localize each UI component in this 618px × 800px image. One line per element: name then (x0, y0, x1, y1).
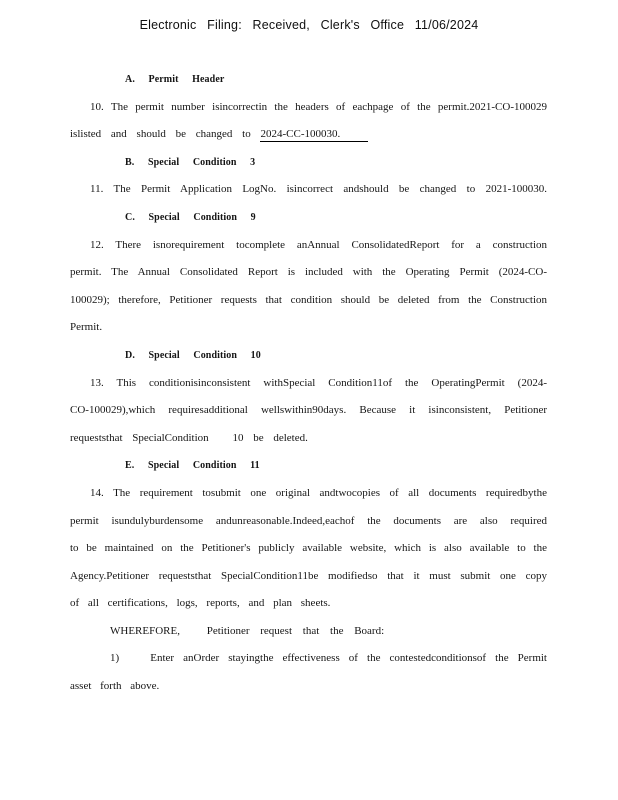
section-heading: B. Special Condition 3 (70, 149, 547, 177)
underlined-permit-number: 2024-CC-100030. (260, 128, 368, 142)
text-run: islisted and should be changed to (70, 128, 260, 140)
text-run: 10 be deleted. (223, 432, 308, 444)
document-text-line: 1) Enter anOrder stayingthe effectivenes… (70, 645, 547, 673)
tab-space (209, 440, 223, 441)
section-heading: D. Special Condition 10 (70, 342, 547, 370)
document-text-line: 14. The requirement tosubmit one origina… (70, 480, 547, 508)
document-text-line: of all certifications, logs, reports, an… (70, 590, 547, 618)
document-text-line: to be maintained on the Petitioner's pub… (70, 535, 547, 563)
tab-space (180, 633, 196, 634)
section-heading: C. Special Condition 9 (70, 204, 547, 232)
text-run: WHEREFORE, (110, 625, 180, 637)
text-run: of all certifications, logs, reports, an… (70, 597, 330, 609)
section-heading-text: C. Special Condition 9 (125, 212, 256, 223)
section-heading-text: B. Special Condition 3 (125, 157, 255, 168)
text-run: asset forth above. (70, 680, 159, 692)
document-text-line: islisted and should be changed to 2024-C… (70, 121, 547, 149)
document-text-line: 10. The permit number isincorrectin the … (70, 94, 547, 122)
document-body: A. Permit Header10. The permit number is… (70, 66, 547, 701)
section-heading-text: D. Special Condition 10 (125, 350, 261, 361)
document-text-line: Agency.Petitioner requeststhat SpecialCo… (70, 563, 547, 591)
text-run: CO-100029),which requiresadditional well… (70, 404, 547, 416)
text-run: Permit. (70, 321, 102, 333)
tab-space (119, 660, 141, 661)
section-heading: A. Permit Header (70, 66, 547, 94)
document-text-line: Permit. (70, 314, 547, 342)
text-run: 1) (110, 652, 119, 664)
text-run: permit. The Annual Consolidated Report i… (70, 266, 547, 278)
efiling-banner: Electronic Filing: Received, Clerk's Off… (0, 18, 618, 32)
text-run: 13. This conditionisinconsistent withSpe… (90, 377, 547, 389)
section-heading: E. Special Condition 11 (70, 452, 547, 480)
text-run: 100029); therefore, Petitioner requests … (70, 294, 547, 306)
document-text-line: asset forth above. (70, 673, 547, 701)
document-text-line: 100029); therefore, Petitioner requests … (70, 287, 547, 315)
text-run: to be maintained on the Petitioner's pub… (70, 542, 547, 554)
text-run: Agency.Petitioner requeststhat SpecialCo… (70, 570, 547, 582)
document-text-line: requeststhat SpecialCondition 10 be dele… (70, 425, 547, 453)
text-run: 11. The Permit Application LogNo. isinco… (90, 183, 547, 195)
document-text-line: CO-100029),which requiresadditional well… (70, 397, 547, 425)
text-run: permit isundulyburdensome andunreasonabl… (70, 515, 547, 527)
text-run: requeststhat SpecialCondition (70, 432, 209, 444)
document-page: Electronic Filing: Received, Clerk's Off… (0, 0, 618, 800)
document-text-line: permit. The Annual Consolidated Report i… (70, 259, 547, 287)
document-text-line: 13. This conditionisinconsistent withSpe… (70, 370, 547, 398)
text-run: Enter anOrder stayingthe effectiveness o… (141, 652, 547, 664)
document-text-line: 11. The Permit Application LogNo. isinco… (70, 176, 547, 204)
document-text-line: 12. There isnorequirement tocomplete anA… (70, 232, 547, 260)
text-run: 14. The requirement tosubmit one origina… (90, 487, 547, 499)
text-run: Petitioner request that the Board: (196, 625, 384, 637)
document-text-line: WHEREFORE, Petitioner request that the B… (70, 618, 547, 646)
text-run: 10. The permit number isincorrectin the … (90, 101, 547, 113)
section-heading-text: E. Special Condition 11 (125, 460, 260, 471)
document-text-line: permit isundulyburdensome andunreasonabl… (70, 508, 547, 536)
text-run: 12. There isnorequirement tocomplete anA… (90, 239, 547, 251)
section-heading-text: A. Permit Header (125, 74, 224, 85)
